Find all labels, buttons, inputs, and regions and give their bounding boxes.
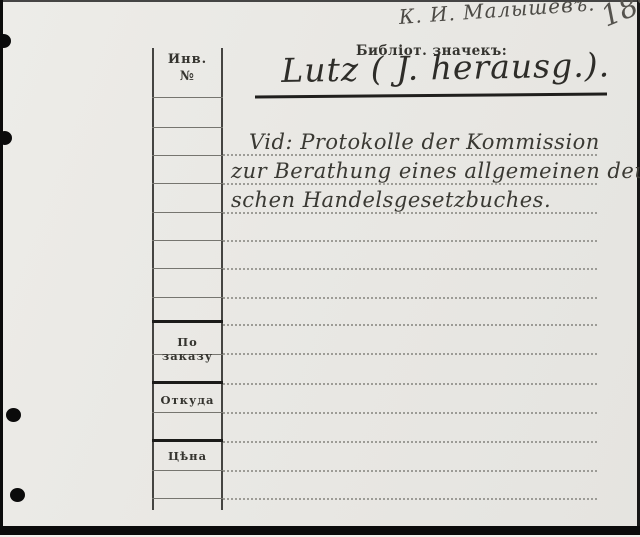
column-cell-line — [152, 297, 223, 298]
dotted-writing-line — [223, 498, 597, 500]
page-number: 189 — [596, 0, 640, 34]
row-label-whence: Откуда — [153, 393, 222, 407]
catalog-body-line: Vid: Protokolle der Kommission — [249, 130, 600, 154]
entry-title-underline — [255, 92, 607, 98]
dotted-writing-line — [223, 470, 597, 472]
column-cell-line — [152, 97, 223, 98]
inventory-header-line2: № — [153, 69, 222, 84]
column-cell-line — [152, 498, 223, 499]
column-cell-line — [152, 183, 223, 184]
hole-punch — [6, 408, 21, 422]
inventory-header-line1: Инв. — [153, 52, 222, 67]
column-cell-line — [152, 127, 223, 128]
column-cell-line — [152, 412, 223, 413]
dotted-writing-line — [223, 353, 597, 355]
row-label-price: Цѣна — [153, 449, 222, 463]
dotted-writing-line — [223, 212, 597, 214]
column-cell-line — [152, 439, 223, 442]
dotted-writing-line — [223, 297, 597, 299]
column-cell-line — [152, 155, 223, 156]
row-label-by-order: По заказу — [153, 335, 222, 363]
dotted-writing-line — [223, 441, 597, 443]
catalog-card-scan: Инв. № По заказу Откуда Цѣна Библіот. зн… — [0, 0, 640, 537]
owner-signature: К. И. Малышевъ. — [398, 0, 596, 29]
column-cell-line — [152, 470, 223, 471]
dotted-writing-line — [223, 383, 597, 385]
hole-punch — [10, 488, 25, 502]
dotted-writing-line — [223, 183, 597, 185]
dotted-writing-line — [223, 324, 597, 326]
hole-punch — [0, 34, 11, 48]
dotted-writing-line — [223, 412, 597, 414]
column-cell-line — [152, 381, 223, 384]
hole-punch — [0, 131, 12, 145]
column-cell-line — [152, 320, 223, 323]
column-cell-line — [152, 212, 223, 213]
dotted-writing-line — [223, 268, 597, 270]
scan-edge-bottom — [0, 526, 640, 535]
catalog-body-line: zur Berathung eines allgemeinen deut- — [231, 159, 640, 183]
column-cell-line — [152, 240, 223, 241]
entry-title: Lutz ( J. herausg.). — [281, 45, 610, 90]
scan-edge-left — [0, 0, 3, 537]
column-cell-line — [152, 268, 223, 269]
catalog-body-line: schen Handelsgesetzbuches. — [231, 188, 551, 212]
dotted-writing-line — [223, 154, 597, 156]
dotted-writing-line — [223, 240, 597, 242]
